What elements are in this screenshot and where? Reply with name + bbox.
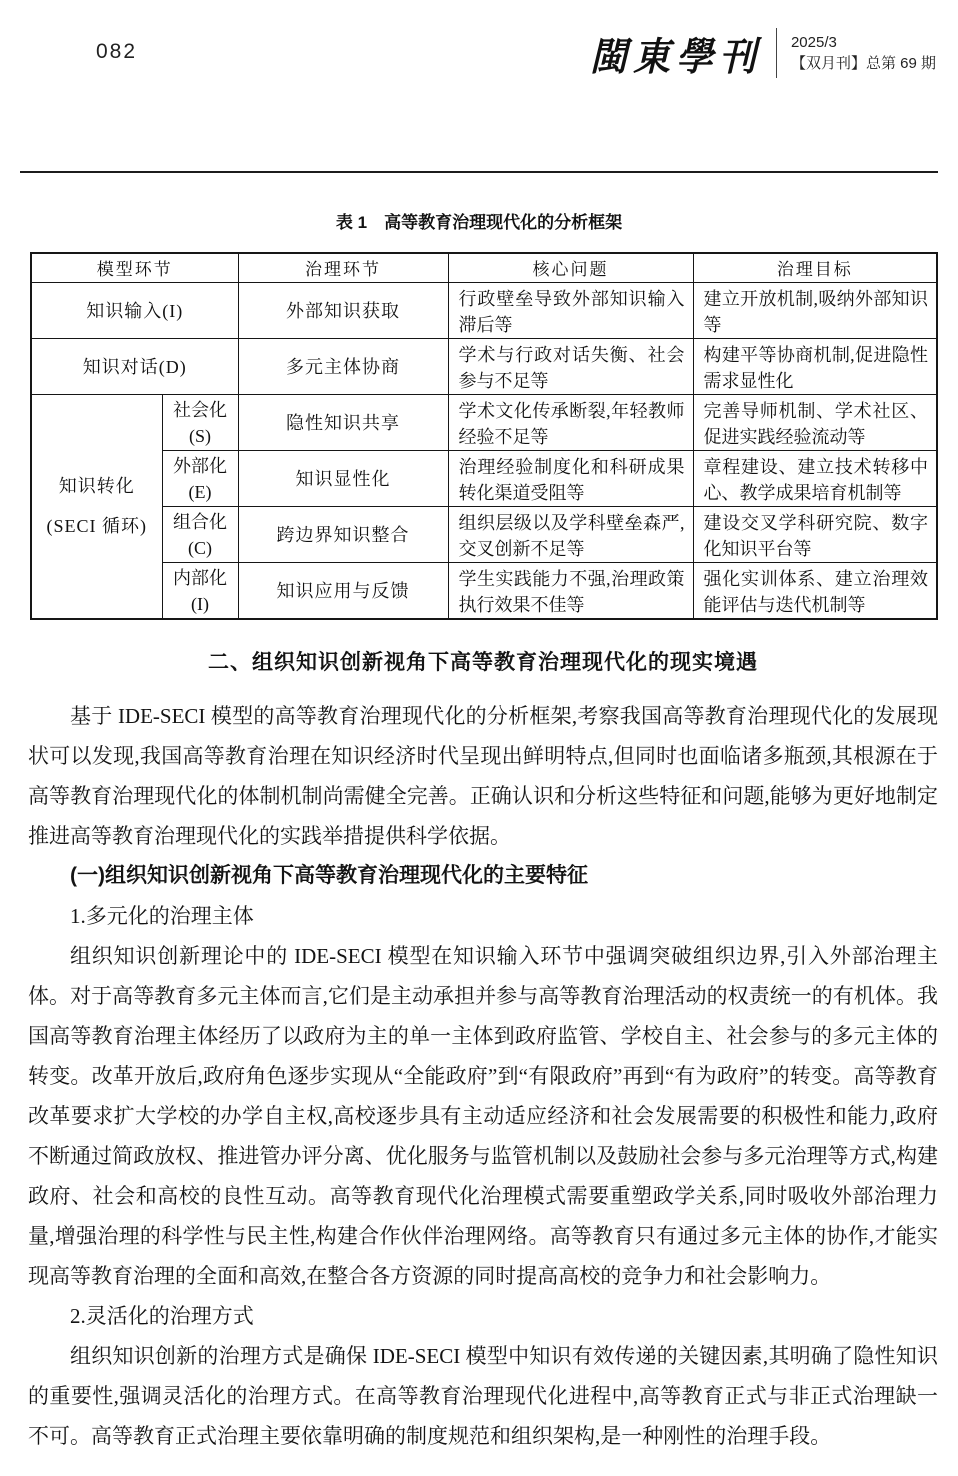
- phase-name: 外部化: [163, 453, 238, 479]
- seci-label-cell: 知识转化 (SECI 循环): [31, 394, 162, 619]
- goal-cell: 完善导师机制、学术社区、促进实践经验流动等: [693, 394, 937, 450]
- phase-code: (C): [163, 535, 238, 561]
- analysis-table: 模型环节 治理环节 核心问题 治理目标 知识输入(I) 外部知识获取 行政壁垒导…: [30, 252, 938, 620]
- seci-label-line1: 知识转化: [32, 466, 162, 506]
- point-heading: 1.多元化的治理主体: [28, 896, 938, 936]
- section-heading: 二、组织知识创新视角下高等教育治理现代化的现实境遇: [28, 648, 938, 678]
- subsection-heading: (一)组织知识创新视角下高等教育治理现代化的主要特征: [28, 856, 938, 896]
- issue-info: 2025/3 【双月刊】总第 69 期: [791, 32, 936, 74]
- phase-code: (E): [163, 479, 238, 505]
- col-header-problem: 核心问题: [448, 253, 693, 282]
- issue-number: 【双月刊】总第 69 期: [791, 53, 936, 74]
- journal-masthead: 閩東學刊 2025/3 【双月刊】总第 69 期: [590, 26, 936, 80]
- paragraph: 组织知识创新的治理方式是确保 IDE-SECI 模型中知识有效传递的关键因素,其…: [28, 1336, 938, 1456]
- table-row: 外部化 (E) 知识显性化 治理经验制度化和科研成果转化渠道受阻等 章程建设、建…: [31, 450, 937, 506]
- goal-cell: 构建平等协商机制,促进隐性需求显性化: [693, 338, 937, 394]
- goal-cell: 章程建设、建立技术转移中心、教学成果培育机制等: [693, 450, 937, 506]
- table-row: 组合化 (C) 跨边界知识整合 组织层级以及学科壁垒森严,交叉创新不足等 建设交…: [31, 506, 937, 562]
- header-rule: [20, 171, 938, 173]
- problem-cell: 行政壁垒导致外部知识输入滞后等: [448, 282, 693, 338]
- phase-name: 内部化: [163, 565, 238, 591]
- problem-cell: 学术与行政对话失衡、社会参与不足等: [448, 338, 693, 394]
- phase-name: 组合化: [163, 509, 238, 535]
- problem-cell: 学生实践能力不强,治理政策执行效果不佳等: [448, 562, 693, 619]
- phase-name: 社会化: [163, 397, 238, 423]
- seci-label-line2: (SECI 循环): [32, 506, 162, 546]
- problem-cell: 组织层级以及学科壁垒森严,交叉创新不足等: [448, 506, 693, 562]
- journal-page: 082 閩東學刊 2025/3 【双月刊】总第 69 期 表 1 高等教育治理现…: [0, 0, 958, 1476]
- paragraph: 基于 IDE-SECI 模型的高等教育治理现代化的分析框架,考察我国高等教育治理…: [28, 696, 938, 856]
- table-row: 内部化 (I) 知识应用与反馈 学生实践能力不强,治理政策执行效果不佳等 强化实…: [31, 562, 937, 619]
- problem-cell: 治理经验制度化和科研成果转化渠道受阻等: [448, 450, 693, 506]
- governance-cell: 跨边界知识整合: [238, 506, 448, 562]
- phase-code: (S): [163, 423, 238, 449]
- goal-cell: 建设交叉学科研究院、数字化知识平台等: [693, 506, 937, 562]
- point-heading: 2.灵活化的治理方式: [28, 1296, 938, 1336]
- seci-phase-cell: 社会化 (S): [162, 394, 238, 450]
- table-row: 知识输入(I) 外部知识获取 行政壁垒导致外部知识输入滞后等 建立开放机制,吸纳…: [31, 282, 937, 338]
- masthead-divider: [776, 28, 777, 78]
- phase-code: (I): [163, 591, 238, 617]
- seci-phase-cell: 外部化 (E): [162, 450, 238, 506]
- model-cell: 知识输入(I): [31, 282, 238, 338]
- model-cell: 知识对话(D): [31, 338, 238, 394]
- seci-phase-cell: 内部化 (I): [162, 562, 238, 619]
- goal-cell: 建立开放机制,吸纳外部知识等: [693, 282, 937, 338]
- goal-cell: 强化实训体系、建立治理效能评估与迭代机制等: [693, 562, 937, 619]
- governance-cell: 外部知识获取: [238, 282, 448, 338]
- seci-phase-cell: 组合化 (C): [162, 506, 238, 562]
- table-row: 知识转化 (SECI 循环) 社会化 (S) 隐性知识共享 学术文化传承断裂,年…: [31, 394, 937, 450]
- table-row: 知识对话(D) 多元主体协商 学术与行政对话失衡、社会参与不足等 构建平等协商机…: [31, 338, 937, 394]
- article-body: 二、组织知识创新视角下高等教育治理现代化的现实境遇 基于 IDE-SECI 模型…: [28, 648, 938, 1456]
- col-header-model: 模型环节: [31, 253, 238, 282]
- issue-date: 2025/3: [791, 32, 936, 53]
- page-number: 082: [96, 40, 137, 64]
- governance-cell: 知识显性化: [238, 450, 448, 506]
- problem-cell: 学术文化传承断裂,年轻教师经验不足等: [448, 394, 693, 450]
- paragraph: 组织知识创新理论中的 IDE-SECI 模型在知识输入环节中强调突破组织边界,引…: [28, 936, 938, 1296]
- table-header-row: 模型环节 治理环节 核心问题 治理目标: [31, 253, 937, 282]
- governance-cell: 知识应用与反馈: [238, 562, 448, 619]
- table-title: 表 1 高等教育治理现代化的分析框架: [0, 208, 958, 233]
- journal-name: 閩東學刊: [590, 25, 762, 82]
- col-header-goal: 治理目标: [693, 253, 937, 282]
- governance-cell: 多元主体协商: [238, 338, 448, 394]
- col-header-governance: 治理环节: [238, 253, 448, 282]
- governance-cell: 隐性知识共享: [238, 394, 448, 450]
